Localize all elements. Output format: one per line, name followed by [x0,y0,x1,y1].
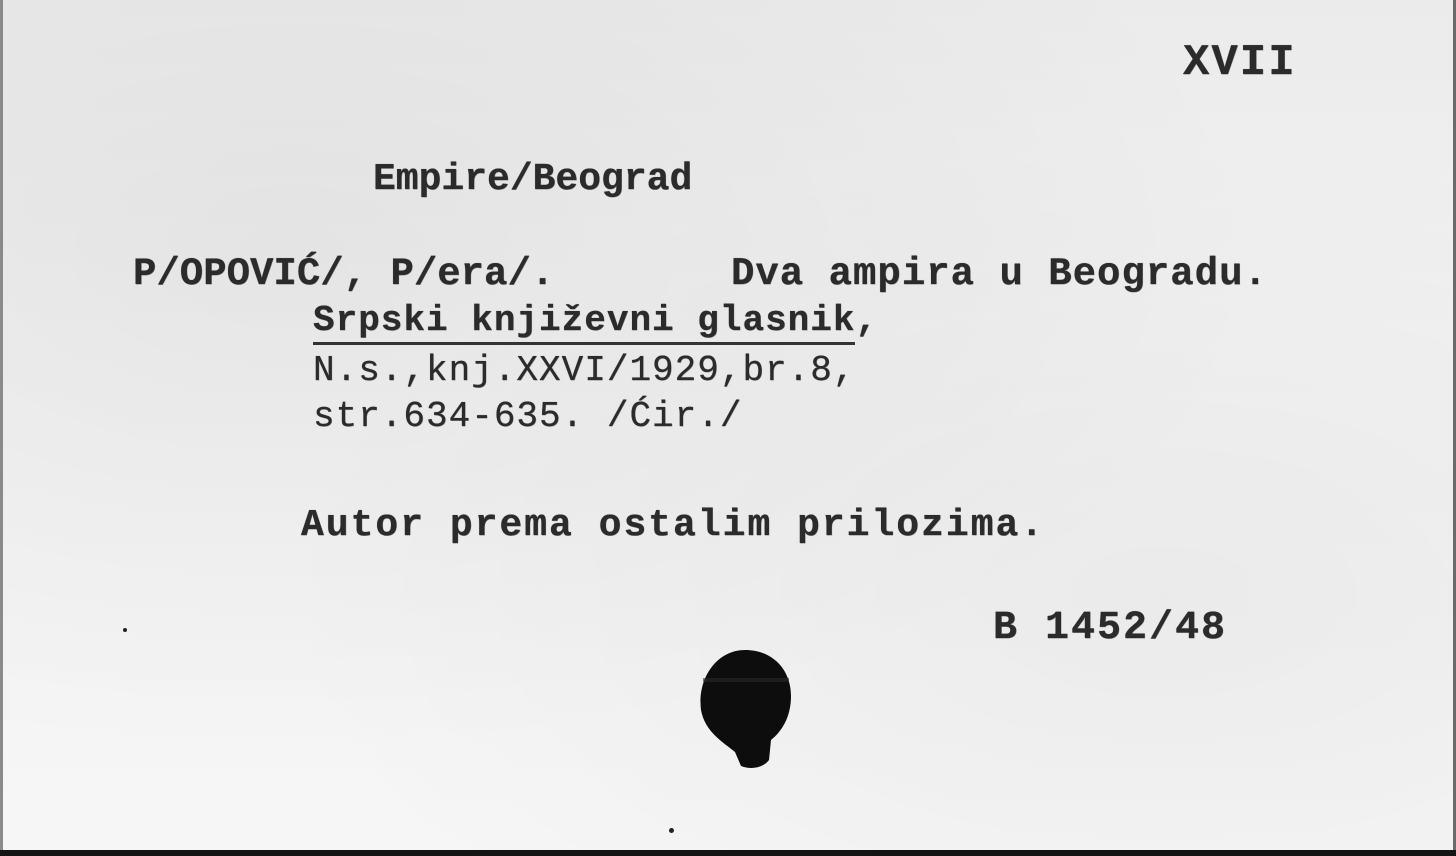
cataloger-note: Autor prema ostalim prilozima. [301,504,1045,547]
ink-speck [123,628,127,632]
journal-line: Srpski književni glasnik, [313,300,878,341]
journal-title: Srpski književni glasnik [313,300,855,345]
article-title: Dva ampira u Beogradu. [731,252,1268,296]
section-number: XVII [1183,38,1297,88]
punch-hole-icon [697,648,793,772]
volume-line: N.s.,knj.XXVI/1929,br.8, [313,350,855,391]
author-name: P/OPOVIĆ/, P/era/. [133,252,554,296]
ink-speck [669,828,674,833]
catalog-card: XVII Empire/Beograd P/OPOVIĆ/, P/era/. D… [0,0,1456,852]
card-bottom-edge [0,850,1456,856]
call-number: B 1452/48 [993,606,1227,651]
subject-heading: Empire/Beograd [373,158,692,201]
pages-line: str.634-635. /Ćir./ [313,396,742,437]
journal-comma: , [855,300,878,341]
